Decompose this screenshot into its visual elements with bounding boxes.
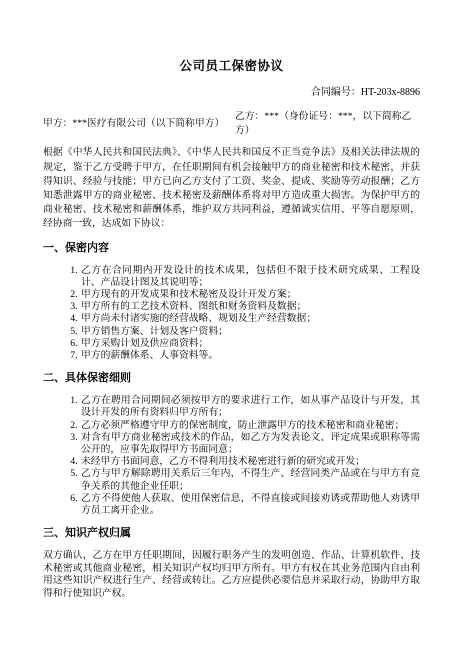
list-item: 甲方采购计划及供应商资料；	[80, 338, 420, 350]
list-item: 甲方尚未付诸实施的经营战略、规划及生产经营数据；	[80, 313, 420, 325]
list-item: 乙方与甲方解除聘用关系后三年内，不得生产、经营同类产品或在与甲方有竞争关系的其他…	[80, 468, 420, 492]
list-item: 对含有甲方商业秘密或技术的作品，如乙方为发表论文、评定成果或职称等需公开的，应事…	[80, 432, 420, 456]
list-item: 甲方销售方案、计划及客户资料；	[80, 326, 420, 338]
preamble-paragraph: 根据《中华人民共和国民法典》、《中华人民共和国反不正当竞争法》及相关法律法规的规…	[43, 146, 420, 231]
list-item: 乙方在合同期内开发设计的技术成果，包括但不限于技术研究成果、工程设计、产品设计图…	[80, 265, 420, 289]
contract-number-value: HT-203x-8896	[361, 87, 420, 98]
party-a-text: 甲方：***医疗有限公司（以下简称甲方）	[43, 110, 235, 138]
section-3-heading: 三、知识产权归属	[43, 526, 420, 540]
section-1-heading: 一、保密内容	[43, 241, 420, 255]
list-item: 未经甲方书面同意，乙方不得利用技术秘密进行新的研究或开发；	[80, 456, 420, 468]
document-title: 公司员工保密协议	[43, 58, 420, 74]
section-3-paragraph: 双方确认，乙方在甲方任职期间，因履行职务产生的发明创造、作品、计算机软件、技术秘…	[43, 550, 420, 600]
contract-number-line: 合同编号：HT-203x-8896	[43, 86, 420, 100]
section-2-list: 乙方在聘用合同期间必须按甲方的要求进行工作，如从事产品设计与开发，其设计开发的所…	[43, 395, 420, 517]
parties-row: 甲方：***医疗有限公司（以下简称甲方） 乙方：***（身份证号：***，以下简…	[43, 110, 420, 138]
list-item: 乙方不得使他人获取、使用保密信息，不得直接或间接劝诱或帮助他人劝诱甲方员工离开企…	[80, 493, 420, 517]
list-item: 乙方必须严格遵守甲方的保密制度，防止泄露甲方的技术秘密和商业秘密；	[80, 420, 420, 432]
contract-number-label: 合同编号：	[311, 87, 361, 98]
section-2-heading: 二、具体保密细则	[43, 371, 420, 385]
party-b-text: 乙方：***（身份证号：***，以下简称乙方）	[235, 110, 420, 138]
list-item: 乙方在聘用合同期间必须按甲方的要求进行工作，如从事产品设计与开发，其设计开发的所…	[80, 395, 420, 419]
list-item: 甲方所有的工艺技术资料、图纸和财务资料及数据；	[80, 301, 420, 313]
section-1-list: 乙方在合同期内开发设计的技术成果，包括但不限于技术研究成果、工程设计、产品设计图…	[43, 265, 420, 363]
document-page: 公司员工保密协议 合同编号：HT-203x-8896 甲方：***医疗有限公司（…	[0, 0, 463, 655]
list-item: 甲方的薪酬体系、人事资料等。	[80, 350, 420, 362]
list-item: 甲方现有的开发成果和技术秘密及设计开发方案；	[80, 289, 420, 301]
